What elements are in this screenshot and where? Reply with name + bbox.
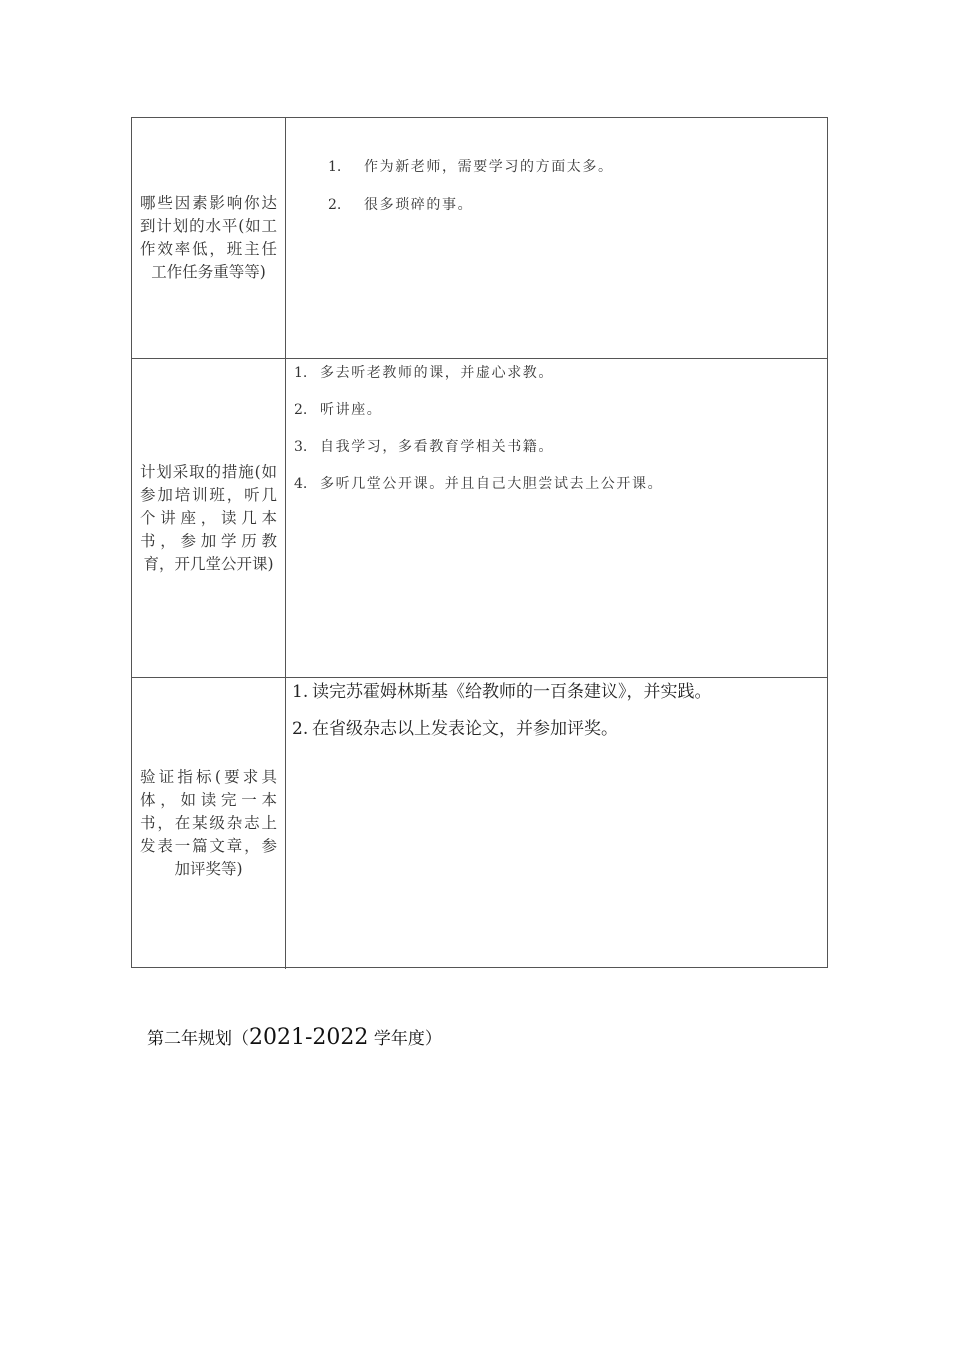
factor-list: 1. 作为新老师，需要学习的方面太多。 2. 很多琐碎的事。 [328,158,614,234]
list-item: 3. 自我学习，多看教育学相关书籍。 [294,438,663,475]
list-item: 2. 在省级杂志以上发表论文，并参加评奖。 [292,717,712,754]
list-text: 听讲座。 [320,401,382,438]
list-item: 1. 多去听老教师的课，并虚心求教。 [294,364,663,401]
row-content-cell: 1. 读完苏霍姆林斯基《给教师的一百条建议》，并实践。 2. 在省级杂志以上发表… [286,678,827,969]
list-number: 3. [294,438,320,475]
list-number: 2. [294,401,320,438]
heading-year: 2021-2022 [249,1025,368,1050]
list-number: 4. [294,475,320,512]
indicator-list: 1. 读完苏霍姆林斯基《给教师的一百条建议》，并实践。 2. 在省级杂志以上发表… [292,680,712,754]
list-number: 1. [294,364,320,401]
list-item: 2. 很多琐碎的事。 [328,196,614,234]
list-number: 2. [292,717,312,754]
list-text: 很多琐碎的事。 [364,196,473,234]
row-label: 验证指标(要求具体，如读完一本书，在某级杂志上发表一篇文章，参加评奖等) [140,766,277,881]
row-content-cell: 1. 作为新老师，需要学习的方面太多。 2. 很多琐碎的事。 [286,118,827,358]
plan-table: 哪些因素影响你达到计划的水平(如工作效率低，班主任工作任务重等等) 1. 作为新… [131,117,828,968]
list-text: 作为新老师，需要学习的方面太多。 [364,158,614,196]
list-text: 多去听老教师的课，并虚心求教。 [320,364,554,401]
measure-list: 1. 多去听老教师的课，并虚心求教。 2. 听讲座。 3. 自我学习，多看教育学… [294,364,663,512]
table-row-indicators: 验证指标(要求具体，如读完一本书，在某级杂志上发表一篇文章，参加评奖等) 1. … [132,677,827,969]
list-item: 1. 读完苏霍姆林斯基《给教师的一百条建议》，并实践。 [292,680,712,717]
list-item: 4. 多听几堂公开课。并且自己大胆尝试去上公开课。 [294,475,663,512]
list-number: 1. [328,158,364,196]
row-label: 计划采取的措施(如参加培训班，听几个讲座，读几本书，参加学历教育，开几堂公开课) [140,461,277,576]
list-text: 自我学习，多看教育学相关书籍。 [320,438,554,475]
list-number: 1. [292,680,312,717]
row-label-cell: 哪些因素影响你达到计划的水平(如工作效率低，班主任工作任务重等等) [132,118,286,358]
list-item: 2. 听讲座。 [294,401,663,438]
list-text: 在省级杂志以上发表论文，并参加评奖。 [312,717,618,754]
section-heading: 第二年规划（2021-2022 学年度） [147,1024,442,1053]
row-label-cell: 计划采取的措施(如参加培训班，听几个讲座，读几本书，参加学历教育，开几堂公开课) [132,359,286,677]
list-item: 1. 作为新老师，需要学习的方面太多。 [328,158,614,196]
list-number: 2. [328,196,364,234]
table-row-measures: 计划采取的措施(如参加培训班，听几个讲座，读几本书，参加学历教育，开几堂公开课)… [132,358,827,677]
row-content-cell: 1. 多去听老教师的课，并虚心求教。 2. 听讲座。 3. 自我学习，多看教育学… [286,359,827,677]
heading-suffix: 学年度） [368,1029,441,1049]
table-row-factors: 哪些因素影响你达到计划的水平(如工作效率低，班主任工作任务重等等) 1. 作为新… [132,118,827,358]
row-label-cell: 验证指标(要求具体，如读完一本书，在某级杂志上发表一篇文章，参加评奖等) [132,678,286,969]
heading-prefix: 第二年规划（ [147,1029,249,1049]
list-text: 读完苏霍姆林斯基《给教师的一百条建议》，并实践。 [312,680,712,717]
list-text: 多听几堂公开课。并且自己大胆尝试去上公开课。 [320,475,663,512]
row-label: 哪些因素影响你达到计划的水平(如工作效率低，班主任工作任务重等等) [140,192,277,284]
